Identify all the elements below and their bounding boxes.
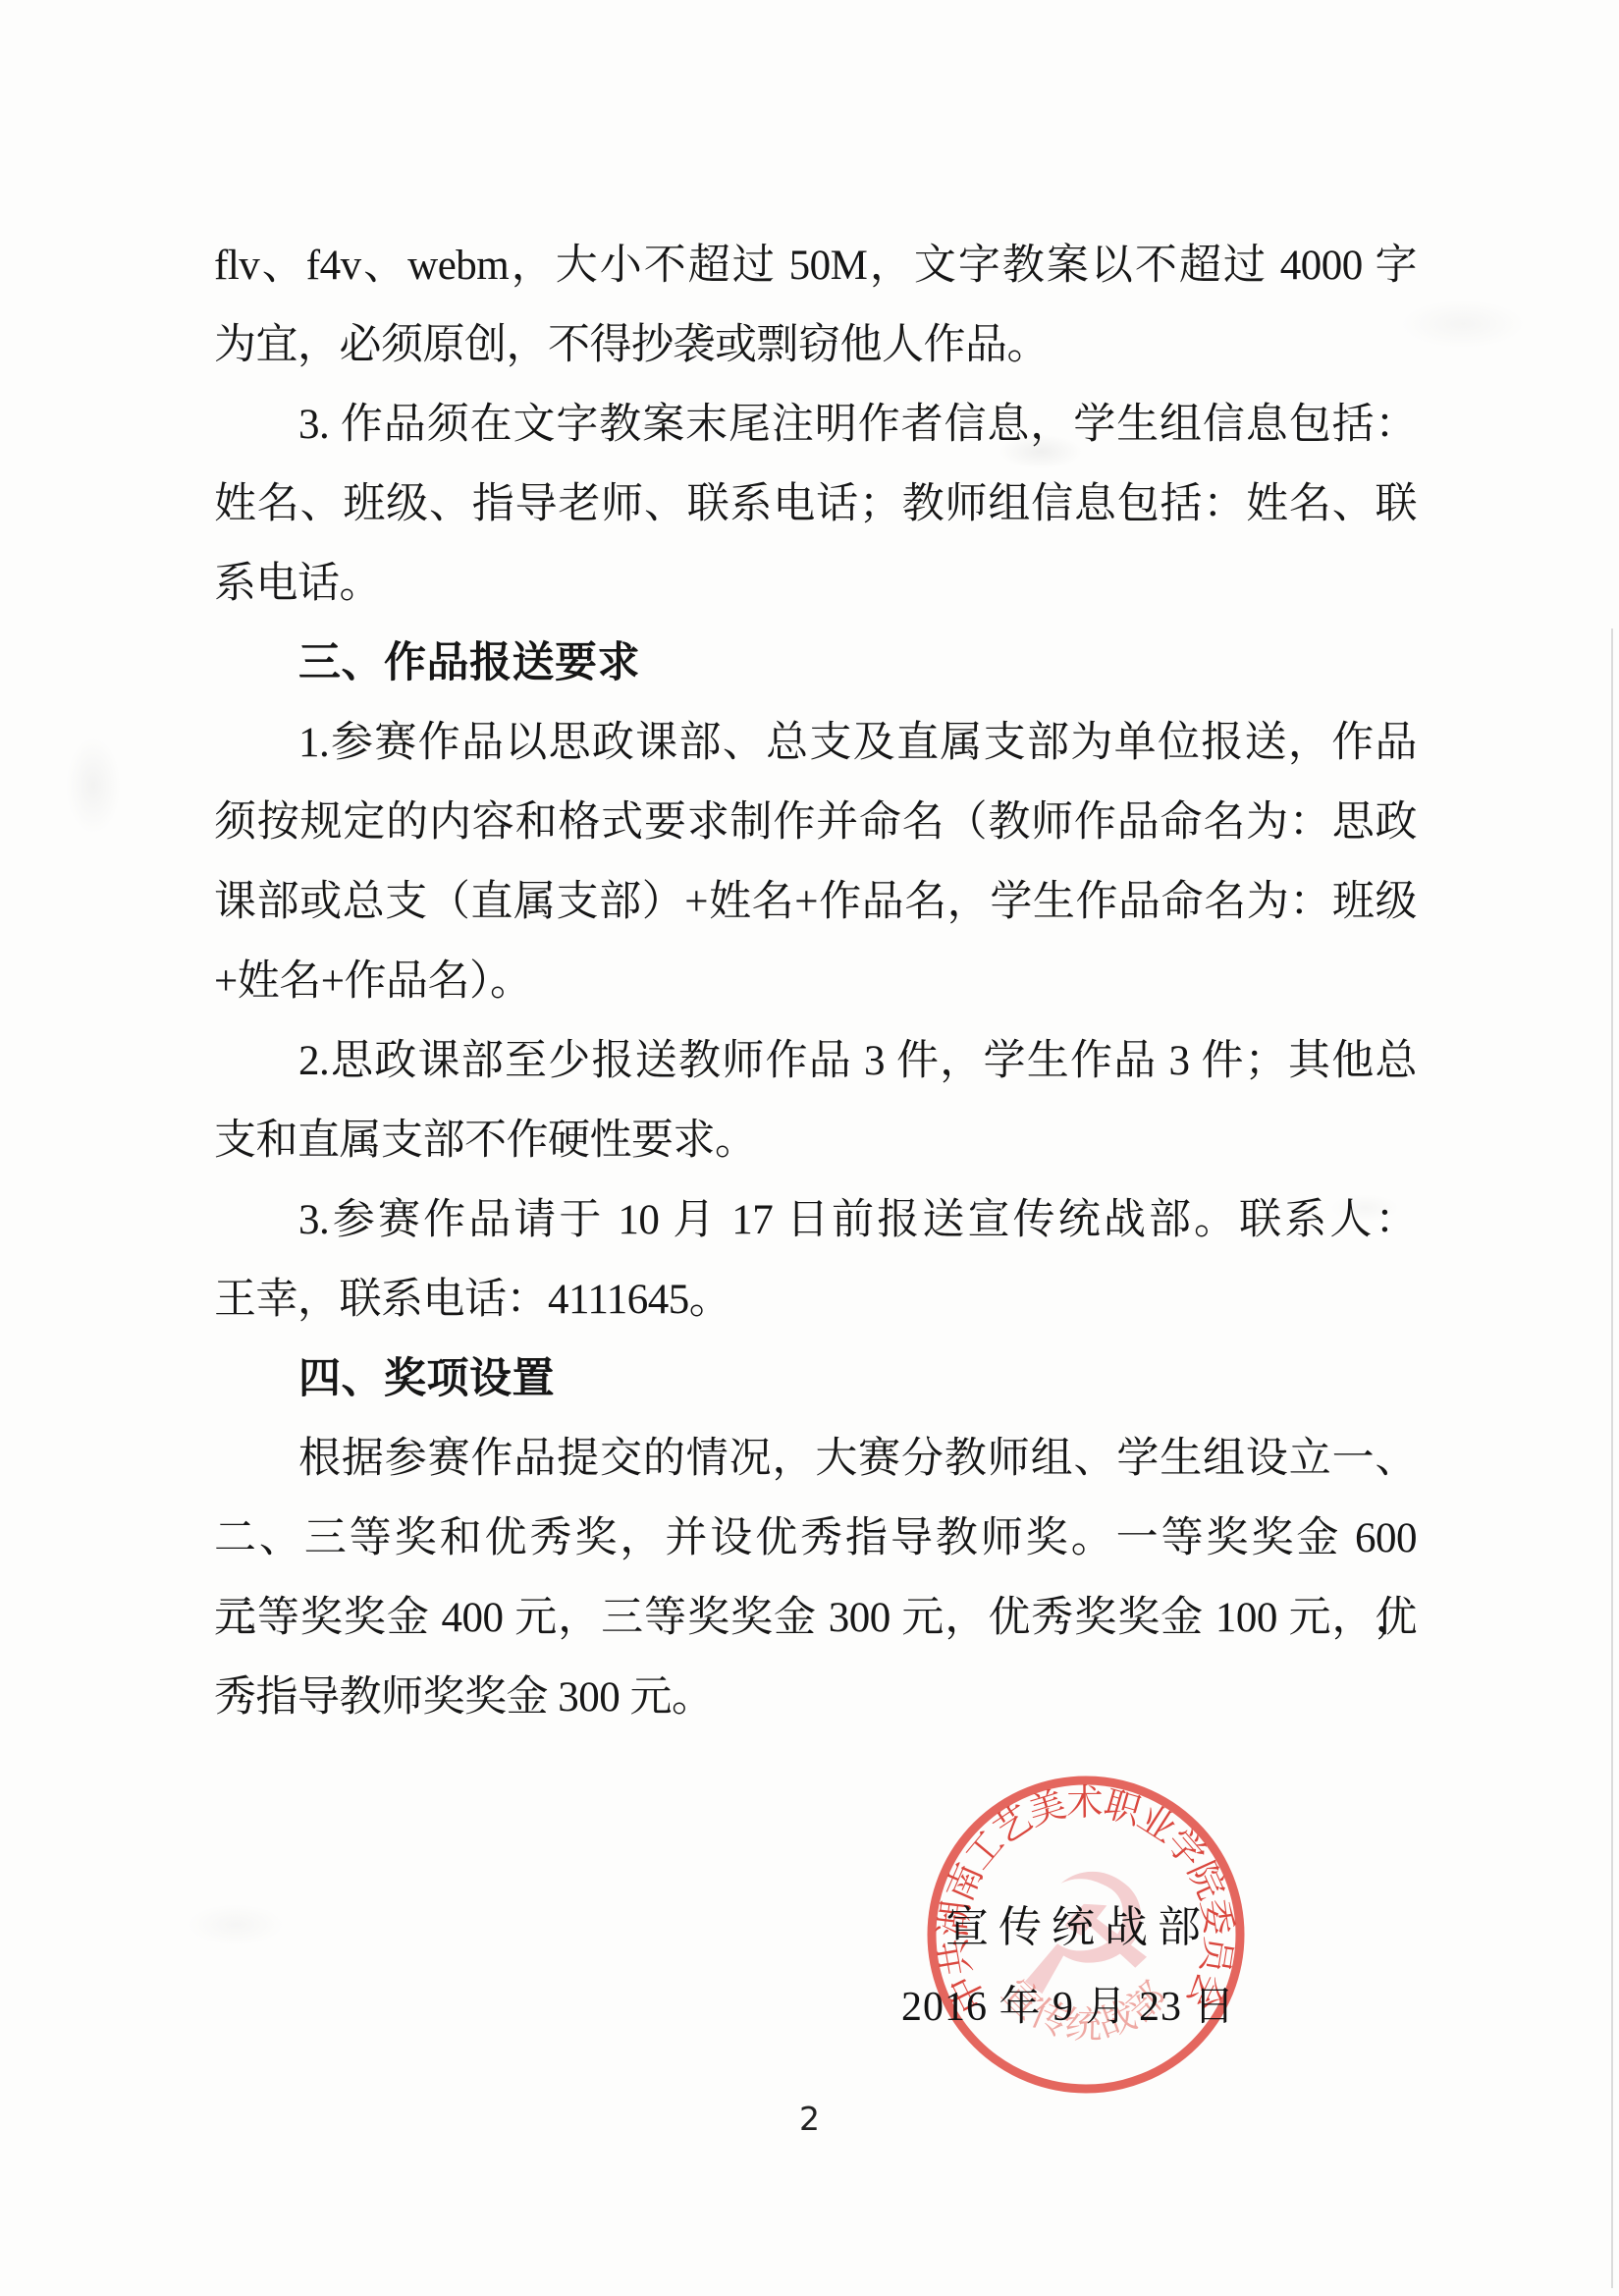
signature-department: 宣传统战部 <box>945 1906 1211 1949</box>
document-line: 二、三等奖和优秀奖，并设优秀指导教师奖。一等奖奖金 600 元， <box>214 1499 1417 1578</box>
document-body: flv、f4v、webm，大小不超过 50M，文字教案以不超过 4000 字为宜… <box>214 226 1417 1737</box>
scan-page-edge <box>1611 629 1613 2288</box>
document-line: 为宜，必须原创，不得抄袭或剽窃他人作品。 <box>214 305 1417 385</box>
document-line: 课部或总支（直属支部）+姓名+作品名，学生作品命名为：班级 <box>214 862 1417 942</box>
scanned-document-page: flv、f4v、webm，大小不超过 50M，文字教案以不超过 4000 字为宜… <box>0 0 1619 2296</box>
document-line: +姓名+作品名）。 <box>214 942 1417 1021</box>
document-line: 三、作品报送要求 <box>214 624 1417 703</box>
document-line: 3.参赛作品请于 10 月 17 日前报送宣传统战部。联系人： <box>214 1180 1417 1260</box>
document-line: 姓名、班级、指导老师、联系电话；教师组信息包括：姓名、联 <box>214 465 1417 544</box>
document-line: 3. 作品须在文字教案末尾注明作者信息，学生组信息包括： <box>214 385 1417 465</box>
document-line: 根据参赛作品提交的情况，大赛分教师组、学生组设立一、 <box>214 1419 1417 1499</box>
document-line: 王幸，联系电话：4111645。 <box>214 1260 1417 1339</box>
signature-date: 2016 年 9 月 23 日 <box>901 1987 1236 2028</box>
document-line: 2.思政课部至少报送教师作品 3 件，学生作品 3 件；其他总 <box>214 1021 1417 1101</box>
document-line: 二等奖奖金 400 元，三等奖奖金 300 元，优秀奖奖金 100 元，优 <box>214 1578 1417 1658</box>
page-number: 2 <box>0 2100 1619 2138</box>
document-line: 1.参赛作品以思政课部、总支及直属支部为单位报送，作品 <box>214 703 1417 783</box>
document-line: 支和直属支部不作硬性要求。 <box>214 1101 1417 1180</box>
document-line: 秀指导教师奖奖金 300 元。 <box>214 1658 1417 1737</box>
document-line: 系电话。 <box>214 544 1417 624</box>
document-line: flv、f4v、webm，大小不超过 50M，文字教案以不超过 4000 字 <box>214 226 1417 305</box>
document-line: 四、奖项设置 <box>214 1339 1417 1419</box>
document-line: 须按规定的内容和格式要求制作并命名（教师作品命名为：思政 <box>214 783 1417 862</box>
